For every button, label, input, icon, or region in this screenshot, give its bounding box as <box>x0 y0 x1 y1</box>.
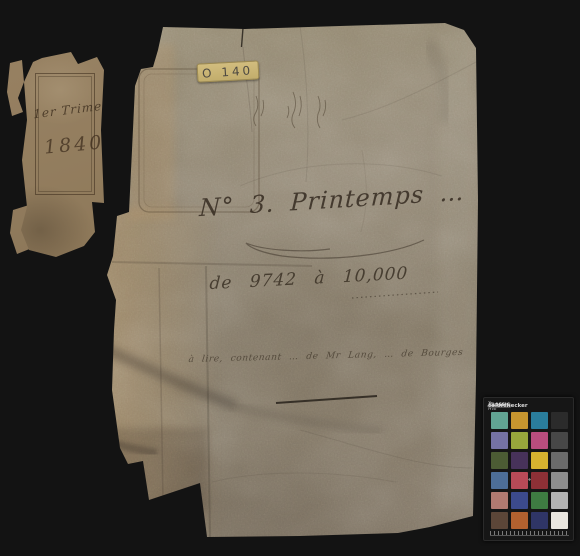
colorchecker-patch-yellow-green <box>511 432 528 449</box>
colorchecker-patch-green <box>531 492 548 509</box>
colorchecker-patch-white <box>551 512 568 529</box>
colorchecker-patch-bluish-green <box>491 412 508 429</box>
colorchecker-patch-orange-yellow <box>511 412 528 429</box>
colorchecker-patch-moderate-red <box>511 472 528 489</box>
colorchecker-patch-dark-skin <box>491 512 508 529</box>
colorchecker-title: colorchecker CLASSIC <box>488 403 511 408</box>
colorchecker-header: x-rite colorchecker CLASSIC <box>484 398 573 411</box>
colorchecker-patch-purplish-blue <box>511 492 528 509</box>
colorchecker-card: x-rite colorchecker CLASSIC <box>483 397 574 541</box>
colorchecker-patch-neutral-3-5 <box>551 432 568 449</box>
corner-label-year: 1840 <box>43 131 105 158</box>
colorchecker-patch-light-skin <box>491 492 508 509</box>
colorchecker-patch-neutral-8 <box>551 492 568 509</box>
photo-stage: N° 3. Printemps … 1840 de 9742 à 10,000 … <box>0 0 580 556</box>
colorchecker-patch-cyan <box>531 412 548 429</box>
colorchecker-product-text: colorchecker <box>488 403 528 409</box>
colorchecker-patch-foliage <box>491 452 508 469</box>
colorchecker-patch-yellow <box>531 452 548 469</box>
colorchecker-patch-black <box>551 412 568 429</box>
colorchecker-patch-purple <box>511 452 528 469</box>
inventory-sticker: O 140 <box>197 60 260 82</box>
colorchecker-patch-neutral-5 <box>551 452 568 469</box>
inventory-sticker-text: O 140 <box>202 63 254 81</box>
colorchecker-patch-blue-flower <box>491 432 508 449</box>
colorchecker-patch-neutral-6-5 <box>551 472 568 489</box>
colorchecker-patch-orange <box>511 512 528 529</box>
colorchecker-ruler-strip <box>490 531 569 536</box>
colorchecker-patch-magenta <box>531 432 548 449</box>
colorchecker-patch-red <box>531 472 548 489</box>
colorchecker-patch-blue-sky <box>491 472 508 489</box>
colorchecker-grid <box>491 412 568 529</box>
colorchecker-patch-blue <box>531 512 548 529</box>
